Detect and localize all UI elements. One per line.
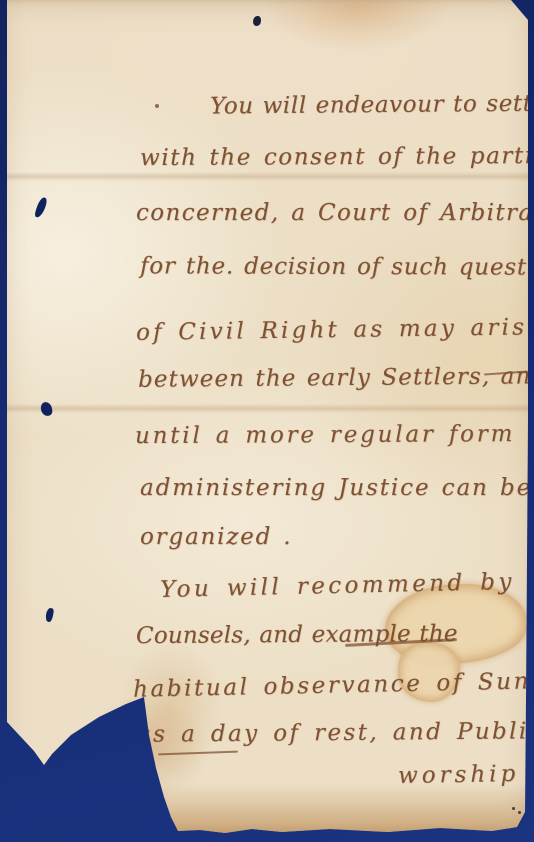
manuscript-line: as a day of rest, and Public bbox=[137, 716, 534, 750]
manuscript-line: between the early Settlers, and, bbox=[138, 361, 534, 395]
manuscript-line: concerned, a Court of Arbitration bbox=[136, 198, 534, 228]
manuscript-line: You will endeavour to settle, bbox=[210, 88, 534, 121]
ink-dot bbox=[155, 104, 159, 108]
ink-speck bbox=[518, 811, 521, 814]
paper-sheet: You will endeavour to settle, with the c… bbox=[0, 0, 534, 842]
photo-backing: You will endeavour to settle, with the c… bbox=[0, 0, 534, 842]
manuscript-line: worship bbox=[398, 759, 520, 791]
manuscript-line: until a more regular form of bbox=[135, 419, 534, 451]
manuscript-line: organized . bbox=[140, 522, 292, 552]
fold-crease-upper bbox=[0, 172, 534, 181]
manuscript-line: Counsels, and example the bbox=[136, 619, 458, 651]
manuscript-line: for the. decision of such questions bbox=[140, 251, 534, 283]
fold-crease-lower bbox=[0, 404, 534, 413]
manuscript-line: with the consent of the parties bbox=[140, 141, 534, 173]
manuscript-line: administering Justice can be bbox=[140, 473, 532, 503]
ink-speck bbox=[512, 807, 515, 810]
manuscript-line: of Civil Right as may arise bbox=[136, 312, 534, 348]
